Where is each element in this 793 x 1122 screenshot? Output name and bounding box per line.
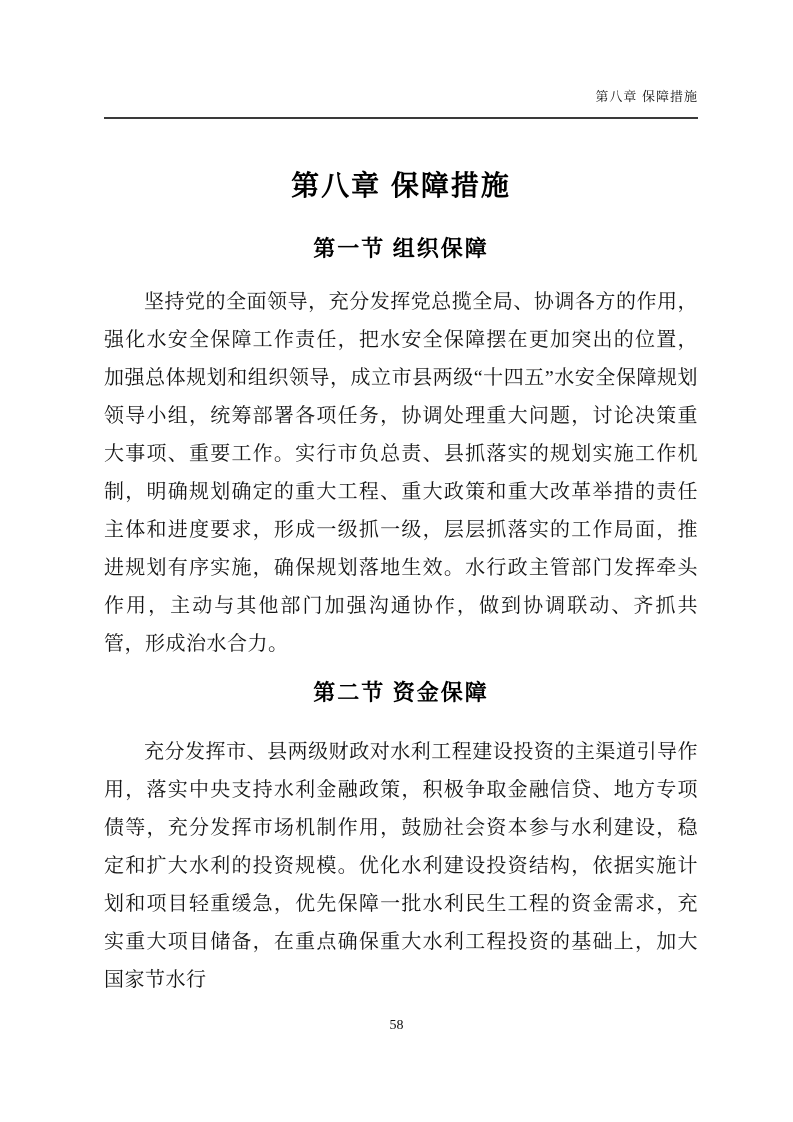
section-2-paragraph: 充分发挥市、县两级财政对水利工程建设投资的主渠道引导作用，落实中央支持水利金融政… [104,733,698,999]
section-2-title: 第二节 资金保障 [104,679,698,707]
chapter-title: 第八章 保障措施 [104,169,698,203]
header-divider [104,117,698,119]
section-1-paragraph: 坚持党的全面领导，充分发挥党总揽全局、协调各方的作用，强化水安全保障工作责任，把… [104,283,698,663]
running-header: 第八章 保障措施 [104,88,698,105]
section-1-title: 第一节 组织保障 [104,235,698,263]
page-footer: 58 [0,1018,793,1034]
document-page: 第八章 保障措施 第八章 保障措施 第一节 组织保障 坚持党的全面领导，充分发挥… [0,0,793,1122]
page-number: 58 [390,1018,404,1033]
